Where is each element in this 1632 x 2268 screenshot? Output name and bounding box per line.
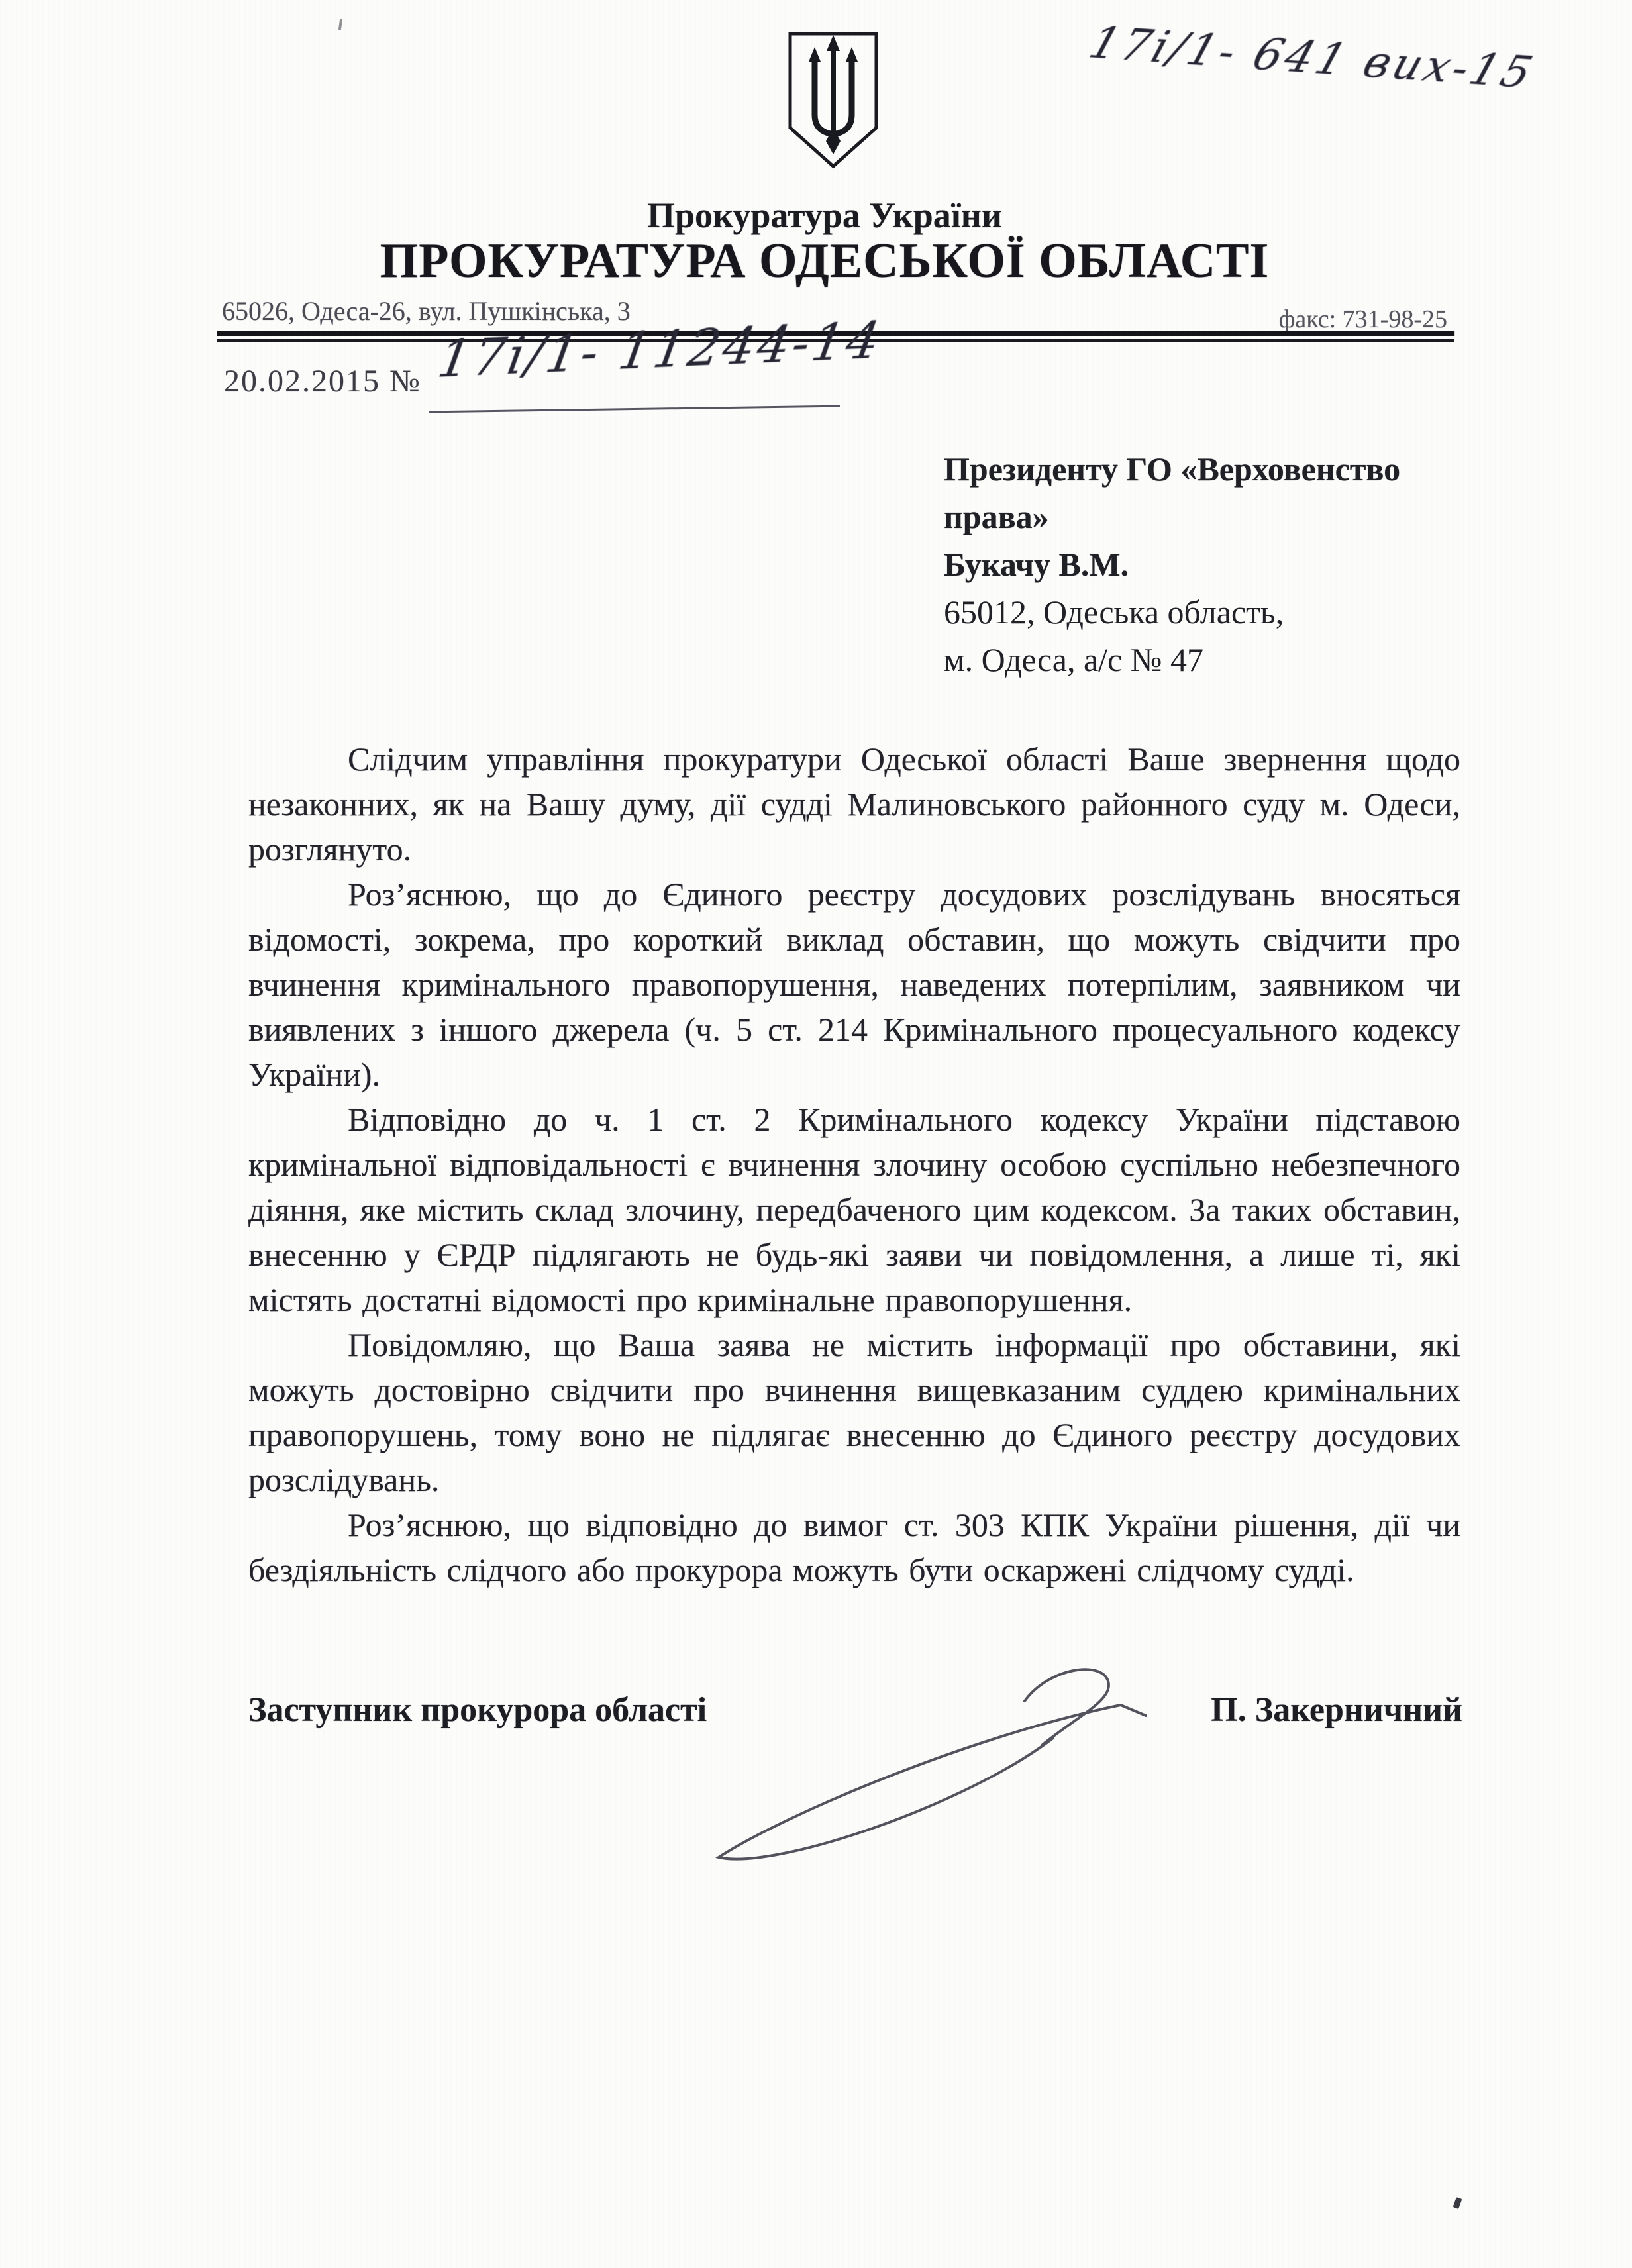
signer-name: П. Закерничний <box>1131 1690 1462 1729</box>
recipient-line: Президенту ГО «Верховенство <box>944 445 1400 493</box>
handwritten-note: 17і/1- 641 вих-15 <box>1083 17 1541 98</box>
org-fax: факс: 731-98-25 <box>1249 305 1447 334</box>
paragraph: Повідомляю, що Ваша заява не містить інф… <box>248 1322 1460 1502</box>
paragraph: Роз’яснюю, що відповідно до вимог ст. 30… <box>248 1502 1460 1592</box>
recipient-line: м. Одеса, а/с № 47 <box>944 636 1400 684</box>
org-name: ПРОКУРАТУРА ОДЕСЬКОЇ ОБЛАСТІ <box>0 233 1632 289</box>
paragraph: Слідчим управління прокуратури Одеської … <box>248 737 1460 872</box>
ref-underline <box>429 405 840 413</box>
scanned-letter-page: 17і/1- 641 вих-15 Прокуратура України ПР… <box>0 0 1632 2268</box>
recipient-line: Букачу В.М. <box>944 541 1400 588</box>
paragraph: Роз’яснюю, що до Єдиного реєстру досудов… <box>248 872 1460 1097</box>
letter-body: Слідчим управління прокуратури Одеської … <box>248 737 1460 1592</box>
numero-sign: № <box>389 364 421 399</box>
recipient-line: 65012, Одеська область, <box>944 588 1400 636</box>
paragraph: Відповідно до ч. 1 ст. 2 Кримінального к… <box>248 1097 1460 1322</box>
ink-speck <box>1453 2197 1462 2209</box>
org-parent-name: Прокуратура України <box>0 195 1632 236</box>
signer-title: Заступник прокурора області <box>248 1690 707 1729</box>
reference-line: 20.02.2015 № <box>224 363 421 399</box>
ref-date: 20.02.2015 <box>224 364 380 399</box>
ukraine-trident-emblem <box>785 30 882 172</box>
ink-speck <box>338 19 342 30</box>
org-address: 65026, Одеса-26, вул. Пушкінська, 3 <box>222 295 631 327</box>
handwritten-signature <box>682 1655 1166 1873</box>
recipient-line: права» <box>944 493 1400 541</box>
recipient-block: Президенту ГО «Верховенство права» Букач… <box>944 445 1400 684</box>
